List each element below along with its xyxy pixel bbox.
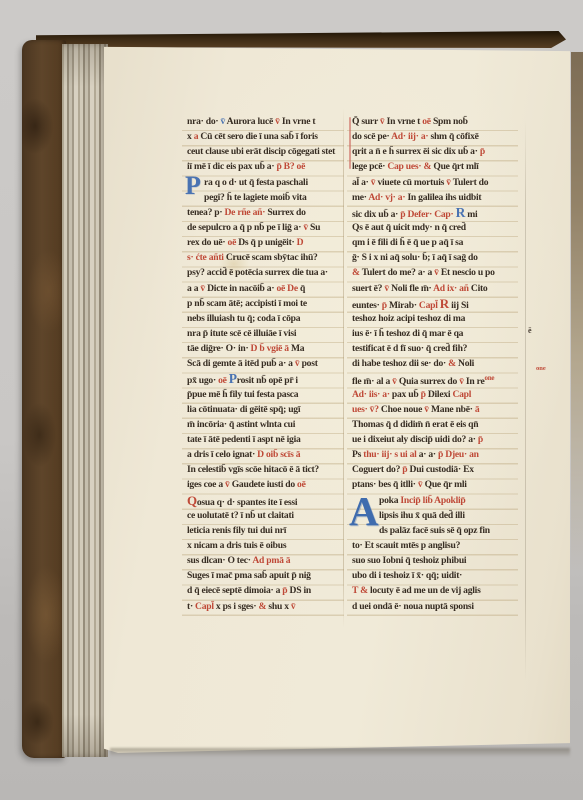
text-segment: & <box>259 601 269 612</box>
text-segment: Thomas q̄ d didim̄ n̄ erat ē eis qn̄ <box>352 419 478 430</box>
text-segment: oē <box>422 116 433 127</box>
manuscript-line: psy? accid̄ ē potēcia surrex die tua a· <box>187 265 336 280</box>
text-segment: p̄ Defer· Cap· <box>400 209 455 220</box>
manuscript-line: testificat ē d fī suo· q̄ cred̄ fih? <box>352 341 510 356</box>
text-segment: In vrne t <box>387 116 423 127</box>
text-segment: a a <box>187 283 200 294</box>
text-segment: tate ī ātē pedenti ī aspt nē igia <box>187 434 301 445</box>
text-segment: poka <box>379 495 400 506</box>
text-segment: oē De <box>276 283 300 294</box>
text-segment: R <box>456 205 466 220</box>
manuscript-line: sic dix ub̄ a· p̄ Defer· Cap· R mi <box>352 205 510 220</box>
manuscript-line: leticia renis fily tui dui nrī <box>187 523 336 538</box>
manuscript-line: Ad· iis· a· pax ub̄ p̄ Dilexi Capl <box>352 387 510 402</box>
text-segment: suert ē? <box>352 283 384 294</box>
manuscript-line: Apoka Incip̄ lib̄ Apoklip̄ <box>352 493 510 508</box>
text-segment: Ad· iis· a· <box>352 389 392 400</box>
text-segment: Surrex do <box>267 207 305 218</box>
manuscript-line: rex do uē· oē Ds q̄ p unigēit· D <box>187 235 336 250</box>
text-segment: ā <box>475 404 480 415</box>
text-segment: Scā di gemte ā itēd pub̄ a· a <box>187 358 295 369</box>
text-segment: Que q̄rt mlī <box>433 161 478 172</box>
manuscript-line: pegi? h̄ te lagiete moib̄ vita <box>187 190 336 205</box>
text-segment: pegi? h̄ te lagiete moib̄ vita <box>204 192 307 203</box>
text-segment: ds palāz facē suis sē q̄ opz fin <box>379 525 490 536</box>
text-segment: ius ē· ī h̄ teshoz di q̄ mar ē qa <box>352 328 463 339</box>
text-segment: Capl̄ <box>419 300 440 311</box>
text-segment: Ma <box>291 343 304 354</box>
text-segment: v̄ <box>225 479 232 490</box>
manuscript-line: nebs illuiash tu q̄; coda ī cōpa <box>187 311 336 326</box>
text-segment: me· <box>352 192 368 203</box>
text-segment: v̄ <box>418 479 425 490</box>
text-segment: d q̄ eiecē septē dimoia· a <box>187 585 282 596</box>
text-segment: Incip̄ lib̄ Apoklip̄ <box>400 495 465 506</box>
fore-edge-pages <box>571 52 583 572</box>
text-segment: & <box>352 267 362 278</box>
text-segment: Ad pmā ā <box>252 555 290 566</box>
text-segment: Ad· iij· a· <box>391 131 430 142</box>
text-segment: Su <box>310 222 320 233</box>
manuscript-line: tate ī ātē pedenti ī aspt nē igia <box>187 432 336 447</box>
text-segment: Cū cēt sero die ī una sab̄ ī foris <box>200 131 317 142</box>
manuscript-line: d uei ondā ē· noua nuptā sponsi <box>352 599 510 614</box>
manuscript-line: al̄ a· v̄ viuete cū mortuis v̄ Tulert do <box>352 175 510 190</box>
book-spine-leather <box>22 40 66 758</box>
text-segment: oē <box>218 375 229 386</box>
text-segment: to· Et scauit mtēs p anglisu? <box>352 540 460 551</box>
manuscript-line: de sepulcro a q̄ p nb̄ pe ī liḡ a· v̄ S… <box>187 220 336 235</box>
text-segment: psy? accid̄ ē potēcia surrex die tua a· <box>187 267 328 278</box>
text-segment: testificat ē d fī suo· q̄ cred̄ fih? <box>352 343 467 354</box>
manuscript-line: iges coe a v̄ Gaudete iusti do oē <box>187 477 336 492</box>
manuscript-line: Q̄ surr v̄ In vrne t oē Spm nob̄ <box>352 114 510 129</box>
manuscript-line: lia cōtinuata· di gēitē spq̄; ugī <box>187 402 336 417</box>
text-segment: p̄ <box>480 146 485 157</box>
text-segment: Dui custodiā· Ex <box>410 464 474 475</box>
text-segment: lege pcē· <box>352 161 387 172</box>
text-segment: iges coe a <box>187 479 225 490</box>
text-segment: nra· do· <box>187 116 220 127</box>
text-segment: m̄ incōria· q̄ astint wlnta cui <box>187 419 295 430</box>
page-curve-line <box>525 120 526 680</box>
text-segment: post <box>302 358 318 369</box>
text-segment: oē <box>228 237 239 248</box>
manuscript-line: & Tulert do me? a· a v̄ Et nescio u po <box>352 265 510 280</box>
text-segment: px̄ ugo· <box>187 375 218 386</box>
manuscript-line: Ps thu· iij· s ui al a· a· p̄ Djeu· an <box>352 447 510 462</box>
text-segment: p̄ <box>478 434 483 445</box>
text-segment: qm i ē fili di h̄ ē q̄ ue p aq̄ ī sa <box>352 237 463 248</box>
manuscript-line: T & locuty ē ad me un de vij aglis <box>352 583 510 598</box>
text-segment: sic dix ub̄ a· <box>352 209 400 220</box>
manuscript-line: ds palāz facē suis sē q̄ opz fin <box>352 523 510 538</box>
manuscript-line: m̄ incōria· q̄ astint wlnta cui <box>187 417 336 432</box>
text-segment: Cito <box>471 283 488 294</box>
text-segment: suo suo Iobni q̄ teshoiz phibui <box>352 555 466 566</box>
text-segment: Capl <box>452 389 471 400</box>
manuscript-line: Scā di gemte ā itēd pub̄ a· a v̄ post <box>187 356 336 371</box>
text-segment: v̄ <box>424 404 431 415</box>
manuscript-line: ue i dixeiut aly discip̄ uidi do? a· p̄ <box>352 432 510 447</box>
text-segment: oē <box>297 479 306 490</box>
manuscript-line: sus dlcan· O tec· Ad pmā ā <box>187 553 336 568</box>
text-segment: p̄ <box>402 464 409 475</box>
text-segment: Qs ē aut q̄ uicit mdy· n q̄ cred̄ <box>352 222 466 233</box>
manuscript-line: ues· v̄? Choe noue v̄ Mane nbē· ā <box>352 402 510 417</box>
text-segment: euntes· <box>352 300 382 311</box>
text-segment: a· a· <box>419 449 438 460</box>
text-segment: Mirab· <box>389 300 419 311</box>
text-segment: Noli <box>458 358 474 369</box>
text-segment: p̄ B? oē <box>276 161 305 172</box>
text-segment: D <box>297 237 304 248</box>
manuscript-line: s· ćte añti Crucē scam sbȳtac ihū? <box>187 250 336 265</box>
text-segment: t· <box>187 601 195 612</box>
text-segment: v̄ <box>275 116 282 127</box>
manuscript-line: ius ē· ī h̄ teshoz di q̄ mar ē qa <box>352 326 510 341</box>
text-segment: Que q̄r mli <box>425 479 467 490</box>
text-segment: x ps i sges· <box>216 601 259 612</box>
page-shadow <box>110 748 570 757</box>
text-segment: Spm nob̄ <box>433 116 468 127</box>
text-segment: lia cōtinuata· di gēitē spq̄; ugī <box>187 404 300 415</box>
text-segment: s· ćte añti <box>187 252 226 263</box>
manuscript-line: iī mē ī dic eis pax ub̄ a· p̄ B? oē <box>187 159 336 174</box>
text-segment: Suges ī mac̄ pma sab̄ apuit p̄ niḡ <box>187 570 311 581</box>
text-segment: di habe teshoz dii se· do· <box>352 358 448 369</box>
manuscript-line: Qs ē aut q̄ uicit mdy· n q̄ cred̄ <box>352 220 510 235</box>
text-segment: In celestib̄ vgīs scōe hitacō ē ā tict? <box>187 464 319 475</box>
text-segment: do scē pe· <box>352 131 391 142</box>
text-segment: v̄ <box>434 267 441 278</box>
manuscript-line: t· Capl̄ x ps i sges· & shu x v̄ <box>187 599 336 614</box>
manuscript-line: nra p̄ itute scē cē illuiāe ī visi <box>187 326 336 341</box>
manuscript-line: nra· do· v̄ Aurora lucē v̄ In vrne t <box>187 114 336 129</box>
text-segment: Capl̄ <box>195 601 216 612</box>
manuscript-line: tāe diḡre· O· in· D b̄ vgiē ā Ma <box>187 341 336 356</box>
text-segment: teshoz hoiz acipi teshoz di ma <box>352 313 465 324</box>
manuscript-line: di habe teshoz dii se· do· & Noli <box>352 356 510 371</box>
text-segment: iij Si <box>449 300 469 311</box>
text-segment: ḡ· S i x ni aq̄ solu· b̄; ī aq̄ ī saḡ … <box>352 252 478 263</box>
text-segment: Et nescio u po <box>441 267 495 278</box>
text-segment: viuete cū mortuis <box>377 177 446 188</box>
manuscript-line: Qosua q· d· spantes ite ī essi <box>187 493 336 508</box>
text-segment: Crucē scam sbȳtac ihū? <box>226 252 318 263</box>
text-segment: Dilexi <box>428 389 453 400</box>
text-segment: Q̄ surr <box>352 116 380 127</box>
text-segment: rex do uē· <box>187 237 228 248</box>
manuscript-line: suo suo Iobni q̄ teshoiz phibui <box>352 553 510 568</box>
text-segment: T & <box>352 585 370 596</box>
text-segment: a dris ī celo ignat· <box>187 449 257 460</box>
text-segment: Ad· vj· a· <box>368 192 407 203</box>
book-top-binding-edge <box>36 31 566 48</box>
text-segment: D oib̄ scīs ā <box>257 449 300 460</box>
text-segment: ra q o d· ut q̄ festa paschali <box>204 177 308 188</box>
text-segment: osua q· d· spantes ite ī essi <box>197 497 297 508</box>
text-segment: p̄ <box>282 585 289 596</box>
text-segment: lipsis ihu x̄ quā ded̄ illi <box>379 510 465 521</box>
page-stack-edges <box>62 44 108 757</box>
text-segment: d uei ondā ē· noua nuptā sponsi <box>352 601 474 612</box>
manuscript-line: teshoz hoiz acipi teshoz di ma <box>352 311 510 326</box>
text-segment: D b̄ vgiē ā <box>251 343 291 354</box>
text-segment: nebs illuiash tu q̄; coda ī cōpa <box>187 313 300 324</box>
manuscript-line: d q̄ eiecē septē dimoia· a p̄ DS in <box>187 583 336 598</box>
manuscript-line: x nicam a dris tuis ē oibus <box>187 538 336 553</box>
text-segment: ubo di i teshoiz ī x̄· qq̄; uidit· <box>352 570 462 581</box>
manuscript-line: Thomas q̄ d didim̄ n̄ erat ē eis qn̄ <box>352 417 510 432</box>
text-segment: Choe noue <box>381 404 424 415</box>
text-segment: sus dlcan· O tec· <box>187 555 252 566</box>
manuscript-line: lege pcē· Cap ues· & Que q̄rt mlī <box>352 159 510 174</box>
text-segment: ue i dixeiut aly discip̄ uidi do? a· <box>352 434 478 445</box>
text-segment: Tulert do me? a· a <box>362 267 434 278</box>
text-segment: v̄ <box>291 601 296 612</box>
text-segment: Q <box>187 493 197 508</box>
text-segment: Ds q̄ p unigēit· <box>238 237 296 248</box>
manuscript-line: ubo di i teshoiz ī x̄· qq̄; uidit· <box>352 568 510 583</box>
text-segment: ceut clause ubi erāt discip cōgegati ste… <box>187 146 335 157</box>
text-segment: Dicte in nacōib̄ a· <box>207 283 276 294</box>
text-segment: Noli fle m̄· <box>391 283 433 294</box>
manuscript-line: fle m̄· al a v̄ Quia surrex do v̄ In reo… <box>352 371 510 386</box>
photo-of-manuscript-book: nra· do· v̄ Aurora lucē v̄ In vrne tx a … <box>0 0 583 800</box>
manuscript-line: a a v̄ Dicte in nacōib̄ a· oē De q̄ <box>187 281 336 296</box>
text-segment: rosit nb̄ opē pr̄ i <box>237 375 298 386</box>
manuscript-line: Suges ī mac̄ pma sab̄ apuit p̄ niḡ <box>187 568 336 583</box>
text-segment: tāe diḡre· O· in· <box>187 343 251 354</box>
text-segment: R <box>440 296 449 311</box>
manuscript-line: ceut clause ubi erāt discip cōgegati ste… <box>187 144 336 159</box>
text-segment: In galilea ihs uidbit <box>407 192 481 203</box>
text-segment: shm q̄ cōfixē <box>430 131 478 142</box>
text-segment: one <box>484 374 494 382</box>
text-column-left: nra· do· v̄ Aurora lucē v̄ In vrne tx a … <box>187 114 336 620</box>
text-segment: De rñe añ· <box>224 207 267 218</box>
manuscript-line: suert ē? v̄ Noli fle m̄· Ad ix· añ Cito <box>352 281 510 296</box>
manuscript-line: me· Ad· vj· a· In galilea ihs uidbit <box>352 190 510 205</box>
text-segment: qrit a n̄ e h̄ surrex ēi sic dix ub̄ a· <box>352 146 480 157</box>
manuscript-line: lipsis ihu x̄ quā ded̄ illi <box>352 508 510 523</box>
manuscript-line: x a Cū cēt sero die ī una sab̄ ī foris <box>187 129 336 144</box>
manuscript-line: qrit a n̄ e h̄ surrex ēi sic dix ub̄ a· … <box>352 144 510 159</box>
text-segment: x nicam a dris tuis ē oibus <box>187 540 286 551</box>
manuscript-line: px̄ ugo· oē Prosit nb̄ opē pr̄ i <box>187 371 336 386</box>
margin-correction-note: ē <box>528 326 532 335</box>
text-segment: nra p̄ itute scē cē illuiāe ī visi <box>187 328 296 339</box>
text-segment: Cap ues· & <box>387 161 433 172</box>
manuscript-line: p nb̄ scam ātē; accipisti ī moi te <box>187 296 336 311</box>
manuscript-line: ḡ· S i x ni aq̄ solu· b̄; ī aq̄ ī saḡ … <box>352 250 510 265</box>
text-segment: & <box>448 358 458 369</box>
text-segment: p̄pue mē h̄ fily tui festa pasca <box>187 389 298 400</box>
text-segment: thu· iij· s ui al <box>363 449 418 460</box>
manuscript-line: p̄pue mē h̄ fily tui festa pasca <box>187 387 336 402</box>
text-segment: DS in <box>290 585 311 596</box>
text-segment: q̄ <box>300 283 305 294</box>
manuscript-line: tenea? p· De rñe añ· Surrex do <box>187 205 336 220</box>
margin-superscript-note: one <box>536 365 546 372</box>
red-line-filler-mark <box>349 117 351 169</box>
text-segment: p̄ <box>382 300 389 311</box>
text-segment: Gaudete iusti do <box>232 479 297 490</box>
manuscript-line: to· Et scauit mtēs p anglisu? <box>352 538 510 553</box>
text-segment: P <box>229 371 237 386</box>
text-segment: x <box>187 131 194 142</box>
text-segment: v̄ <box>295 358 302 369</box>
text-segment: de sepulcro a q̄ p nb̄ pe ī liḡ a· <box>187 222 303 233</box>
text-segment: tenea? p· <box>187 207 224 218</box>
text-segment: Aurora lucē <box>227 116 276 127</box>
text-segment: shu x <box>268 601 291 612</box>
manuscript-line: qm i ē fili di h̄ ē q̄ ue p aq̄ ī sa <box>352 235 510 250</box>
manuscript-line: Coguert do? p̄ Dui custodiā· Ex <box>352 462 510 477</box>
manuscript-line: ce uolutatē t? ī nb̄ ut claitati <box>187 508 336 523</box>
text-segment: ues· v̄? <box>352 404 381 415</box>
text-segment: p̄ Djeu· an <box>438 449 479 460</box>
text-segment: pax ub̄ <box>392 389 421 400</box>
text-segment: p̄ <box>421 389 428 400</box>
manuscript-line: Pra q o d· ut q̄ festa paschali <box>187 175 336 190</box>
text-segment: In vrne t <box>282 116 315 127</box>
manuscript-line: a dris ī celo ignat· D oib̄ scīs ā <box>187 447 336 462</box>
manuscript-line: euntes· p̄ Mirab· Capl̄ R iij Si <box>352 296 510 311</box>
text-column-right: Q̄ surr v̄ In vrne t oē Spm nob̄do scē p… <box>352 114 510 620</box>
text-segment: Tulert do <box>453 177 489 188</box>
text-segment: locuty ē ad me un de vij aglis <box>370 585 481 596</box>
text-segment: Ad ix· añ <box>433 283 471 294</box>
text-segment: Mane nbē· <box>431 404 475 415</box>
text-segment: Ps <box>352 449 363 460</box>
text-segment: leticia renis fily tui dui nrī <box>187 525 286 536</box>
text-segment: v̄ <box>380 116 387 127</box>
text-segment: ce uolutatē t? ī nb̄ ut claitati <box>187 510 294 521</box>
text-segment: p nb̄ scam ātē; accipisti ī moi te <box>187 298 307 309</box>
manuscript-line: do scē pe· Ad· iij· a· shm q̄ cōfixē <box>352 129 510 144</box>
text-segment: mi <box>465 209 477 220</box>
text-segment: al̄ a· <box>352 177 371 188</box>
text-segment: Coguert do? <box>352 464 402 475</box>
manuscript-line: In celestib̄ vgīs scōe hitacō ē ā tict? <box>187 462 336 477</box>
